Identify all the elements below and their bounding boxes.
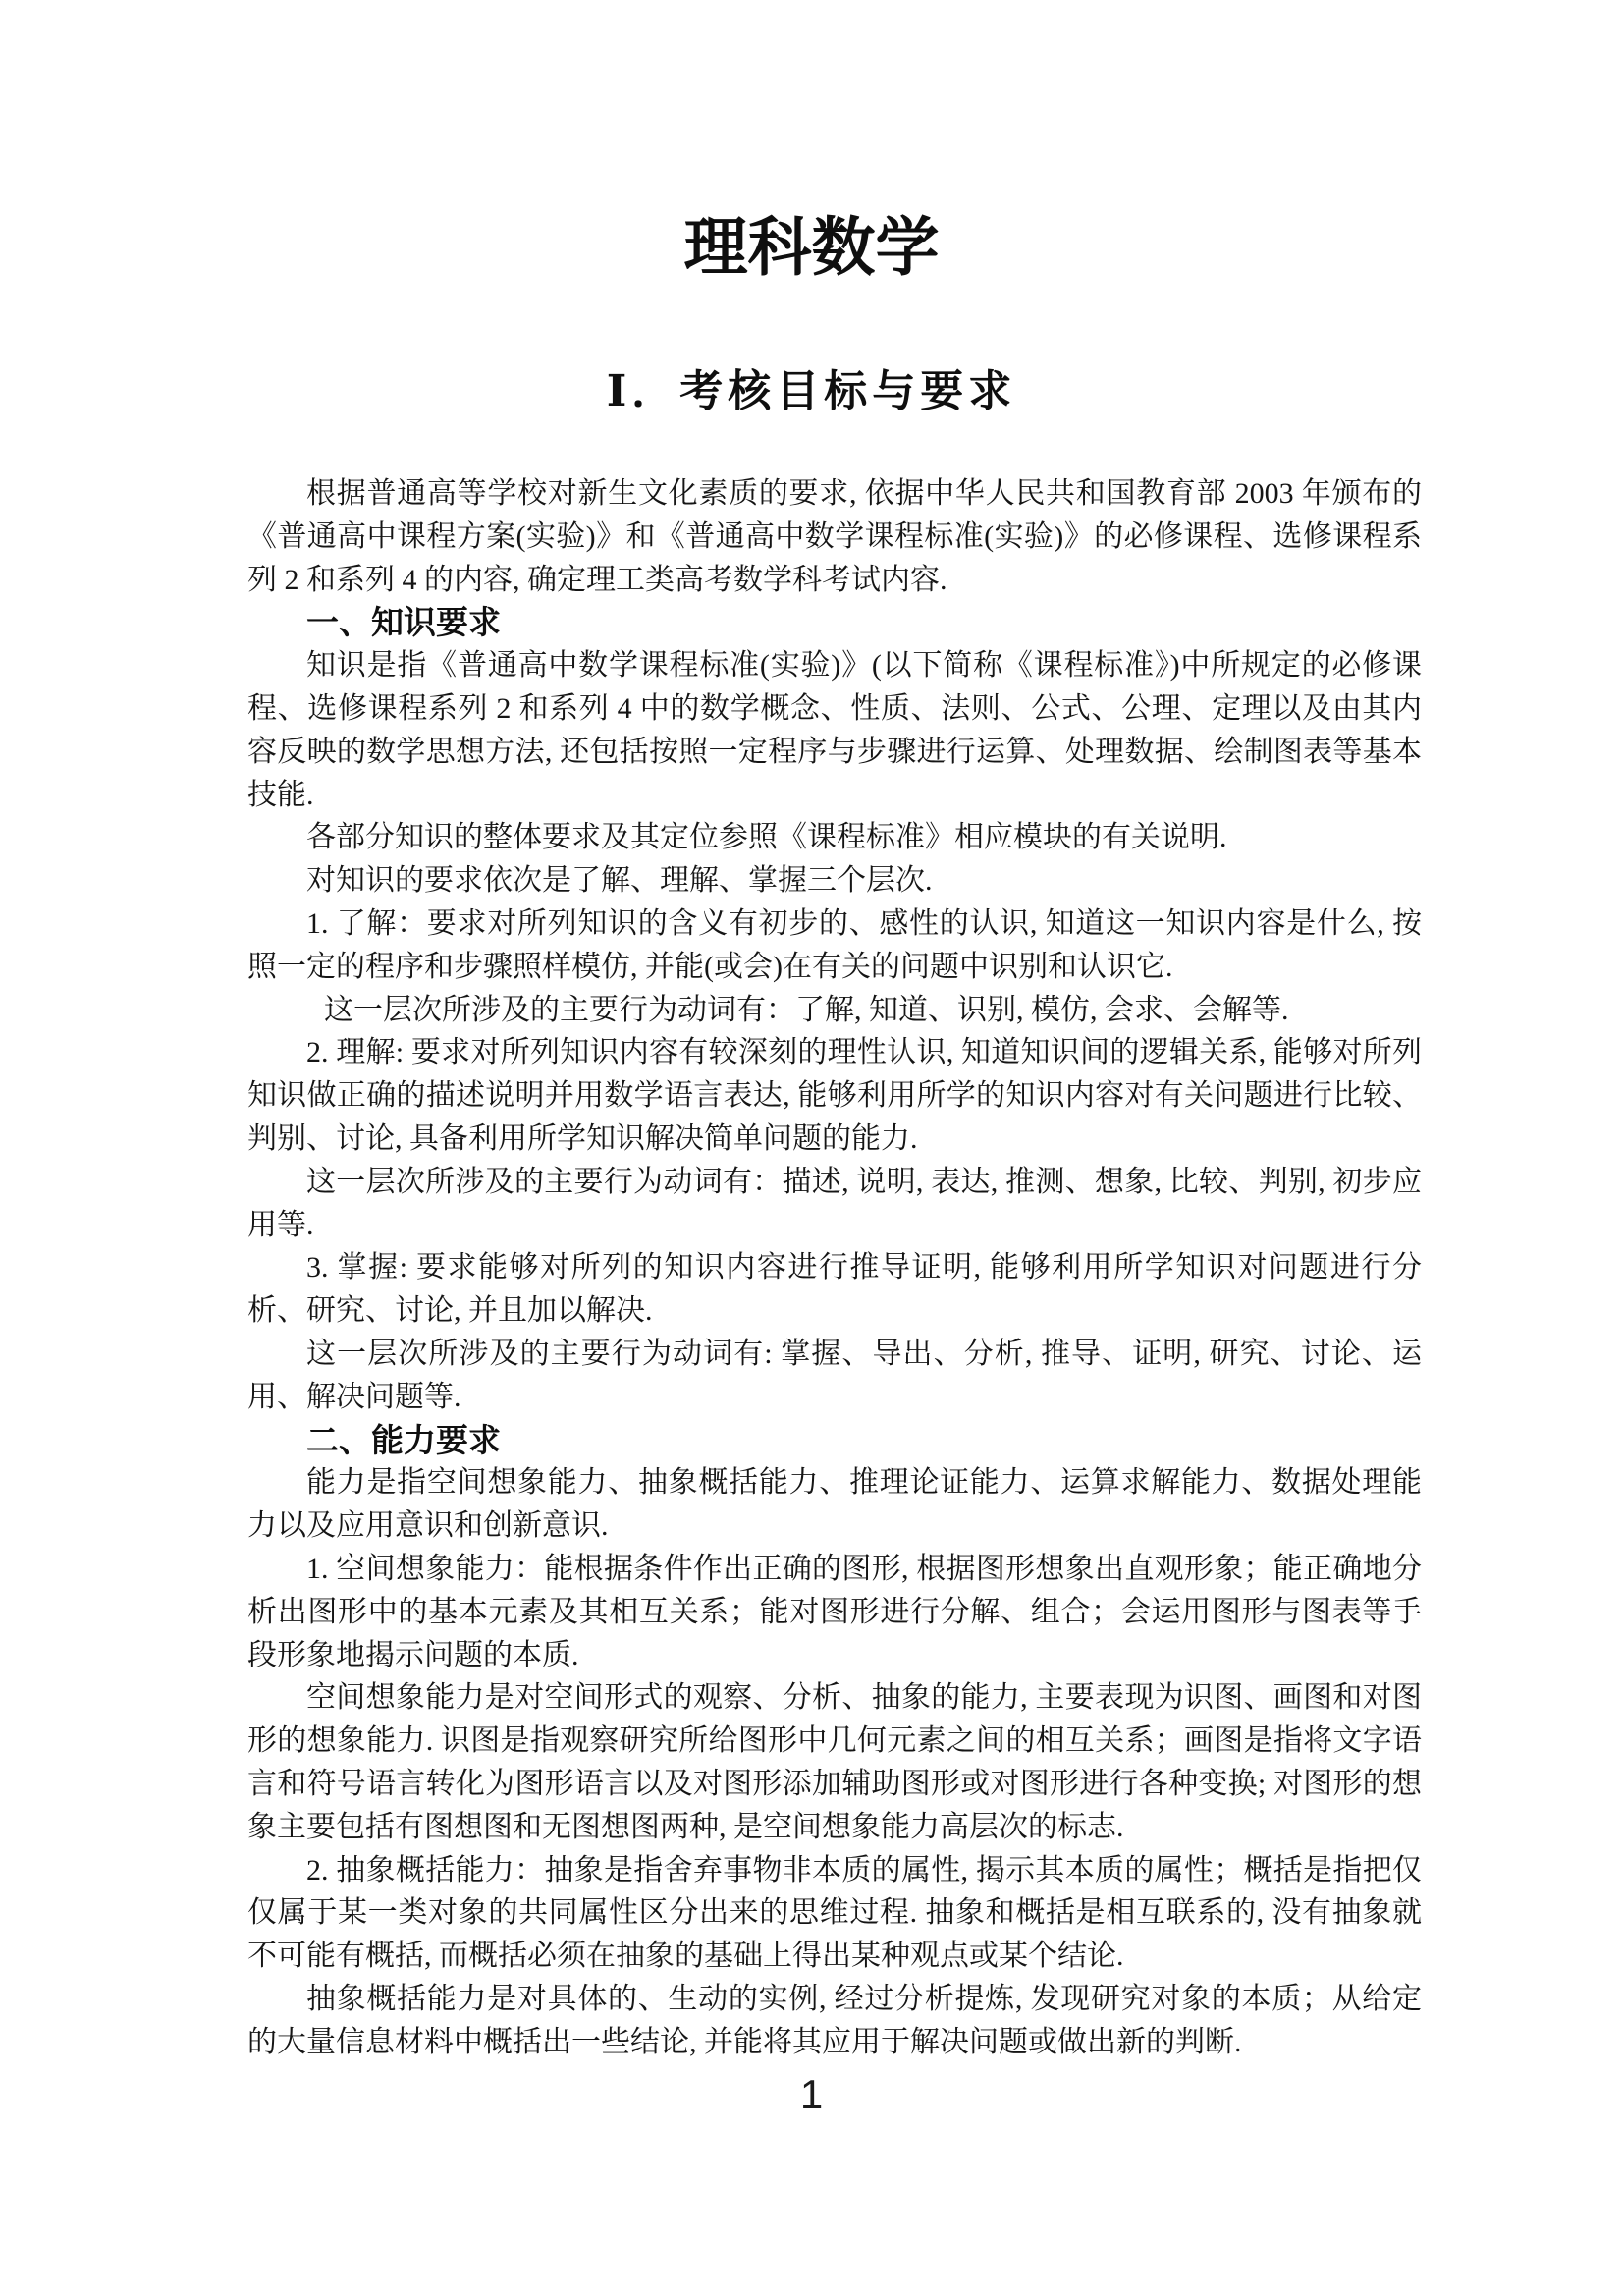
page-number: 1 — [0, 2072, 1623, 2117]
sub-heading-ability-requirements: 二、能力要求 — [247, 1419, 1422, 1462]
paragraph: 能力是指空间想象能力、抽象概括能力、推理论证能力、运算求解能力、数据处理能力以及… — [247, 1461, 1422, 1548]
paragraph: 空间想象能力是对空间形式的观察、分析、抽象的能力, 主要表现为识图、画图和对图形… — [247, 1676, 1422, 1848]
paragraph: 这一层次所涉及的主要行为动词有: 掌握、导出、分析, 推导、证明, 研究、讨论、… — [247, 1333, 1422, 1419]
paragraph: 各部分知识的整体要求及其定位参照《课程标准》相应模块的有关说明. — [247, 816, 1422, 859]
paragraph: 这一层次所涉及的主要行为动词有：描述, 说明, 表达, 推测、想象, 比较、判别… — [247, 1161, 1422, 1247]
section-heading: Ⅰ．考核目标与要求 — [0, 364, 1623, 419]
paragraph: 对知识的要求依次是了解、理解、掌握三个层次. — [247, 859, 1422, 902]
paragraph: 根据普通高等学校对新生文化素质的要求, 依据中华人民共和国教育部 2003 年颁… — [247, 472, 1422, 601]
paragraph: 3. 掌握: 要求能够对所列的知识内容进行推导证明, 能够利用所学知识对问题进行… — [247, 1246, 1422, 1333]
paragraph: 抽象概括能力是对具体的、生动的实例, 经过分析提炼, 发现研究对象的本质；从给定… — [247, 1978, 1422, 2064]
paragraph: 1. 了解：要求对所列知识的含义有初步的、感性的认识, 知道这一知识内容是什么,… — [247, 902, 1422, 989]
document-page: 理科数学 Ⅰ．考核目标与要求 根据普通高等学校对新生文化素质的要求, 依据中华人… — [0, 0, 1623, 2296]
document-body: 根据普通高等学校对新生文化素质的要求, 依据中华人民共和国教育部 2003 年颁… — [247, 472, 1422, 2063]
paragraph: 这一层次所涉及的主要行为动词有：了解, 知道、识别, 模仿, 会求、会解等. — [247, 989, 1422, 1032]
paragraph: 1. 空间想象能力：能根据条件作出正确的图形, 根据图形想象出直观形象；能正确地… — [247, 1548, 1422, 1676]
paragraph: 知识是指《普通高中数学课程标准(实验)》(以下简称《课程标准》)中所规定的必修课… — [247, 644, 1422, 816]
paragraph: 2. 理解: 要求对所列知识内容有较深刻的理性认识, 知道知识间的逻辑关系, 能… — [247, 1031, 1422, 1160]
document-title: 理科数学 — [0, 0, 1623, 288]
sub-heading-knowledge-requirements: 一、知识要求 — [247, 601, 1422, 644]
paragraph: 2. 抽象概括能力：抽象是指舍弃事物非本质的属性, 揭示其本质的属性；概括是指把… — [247, 1849, 1422, 1978]
